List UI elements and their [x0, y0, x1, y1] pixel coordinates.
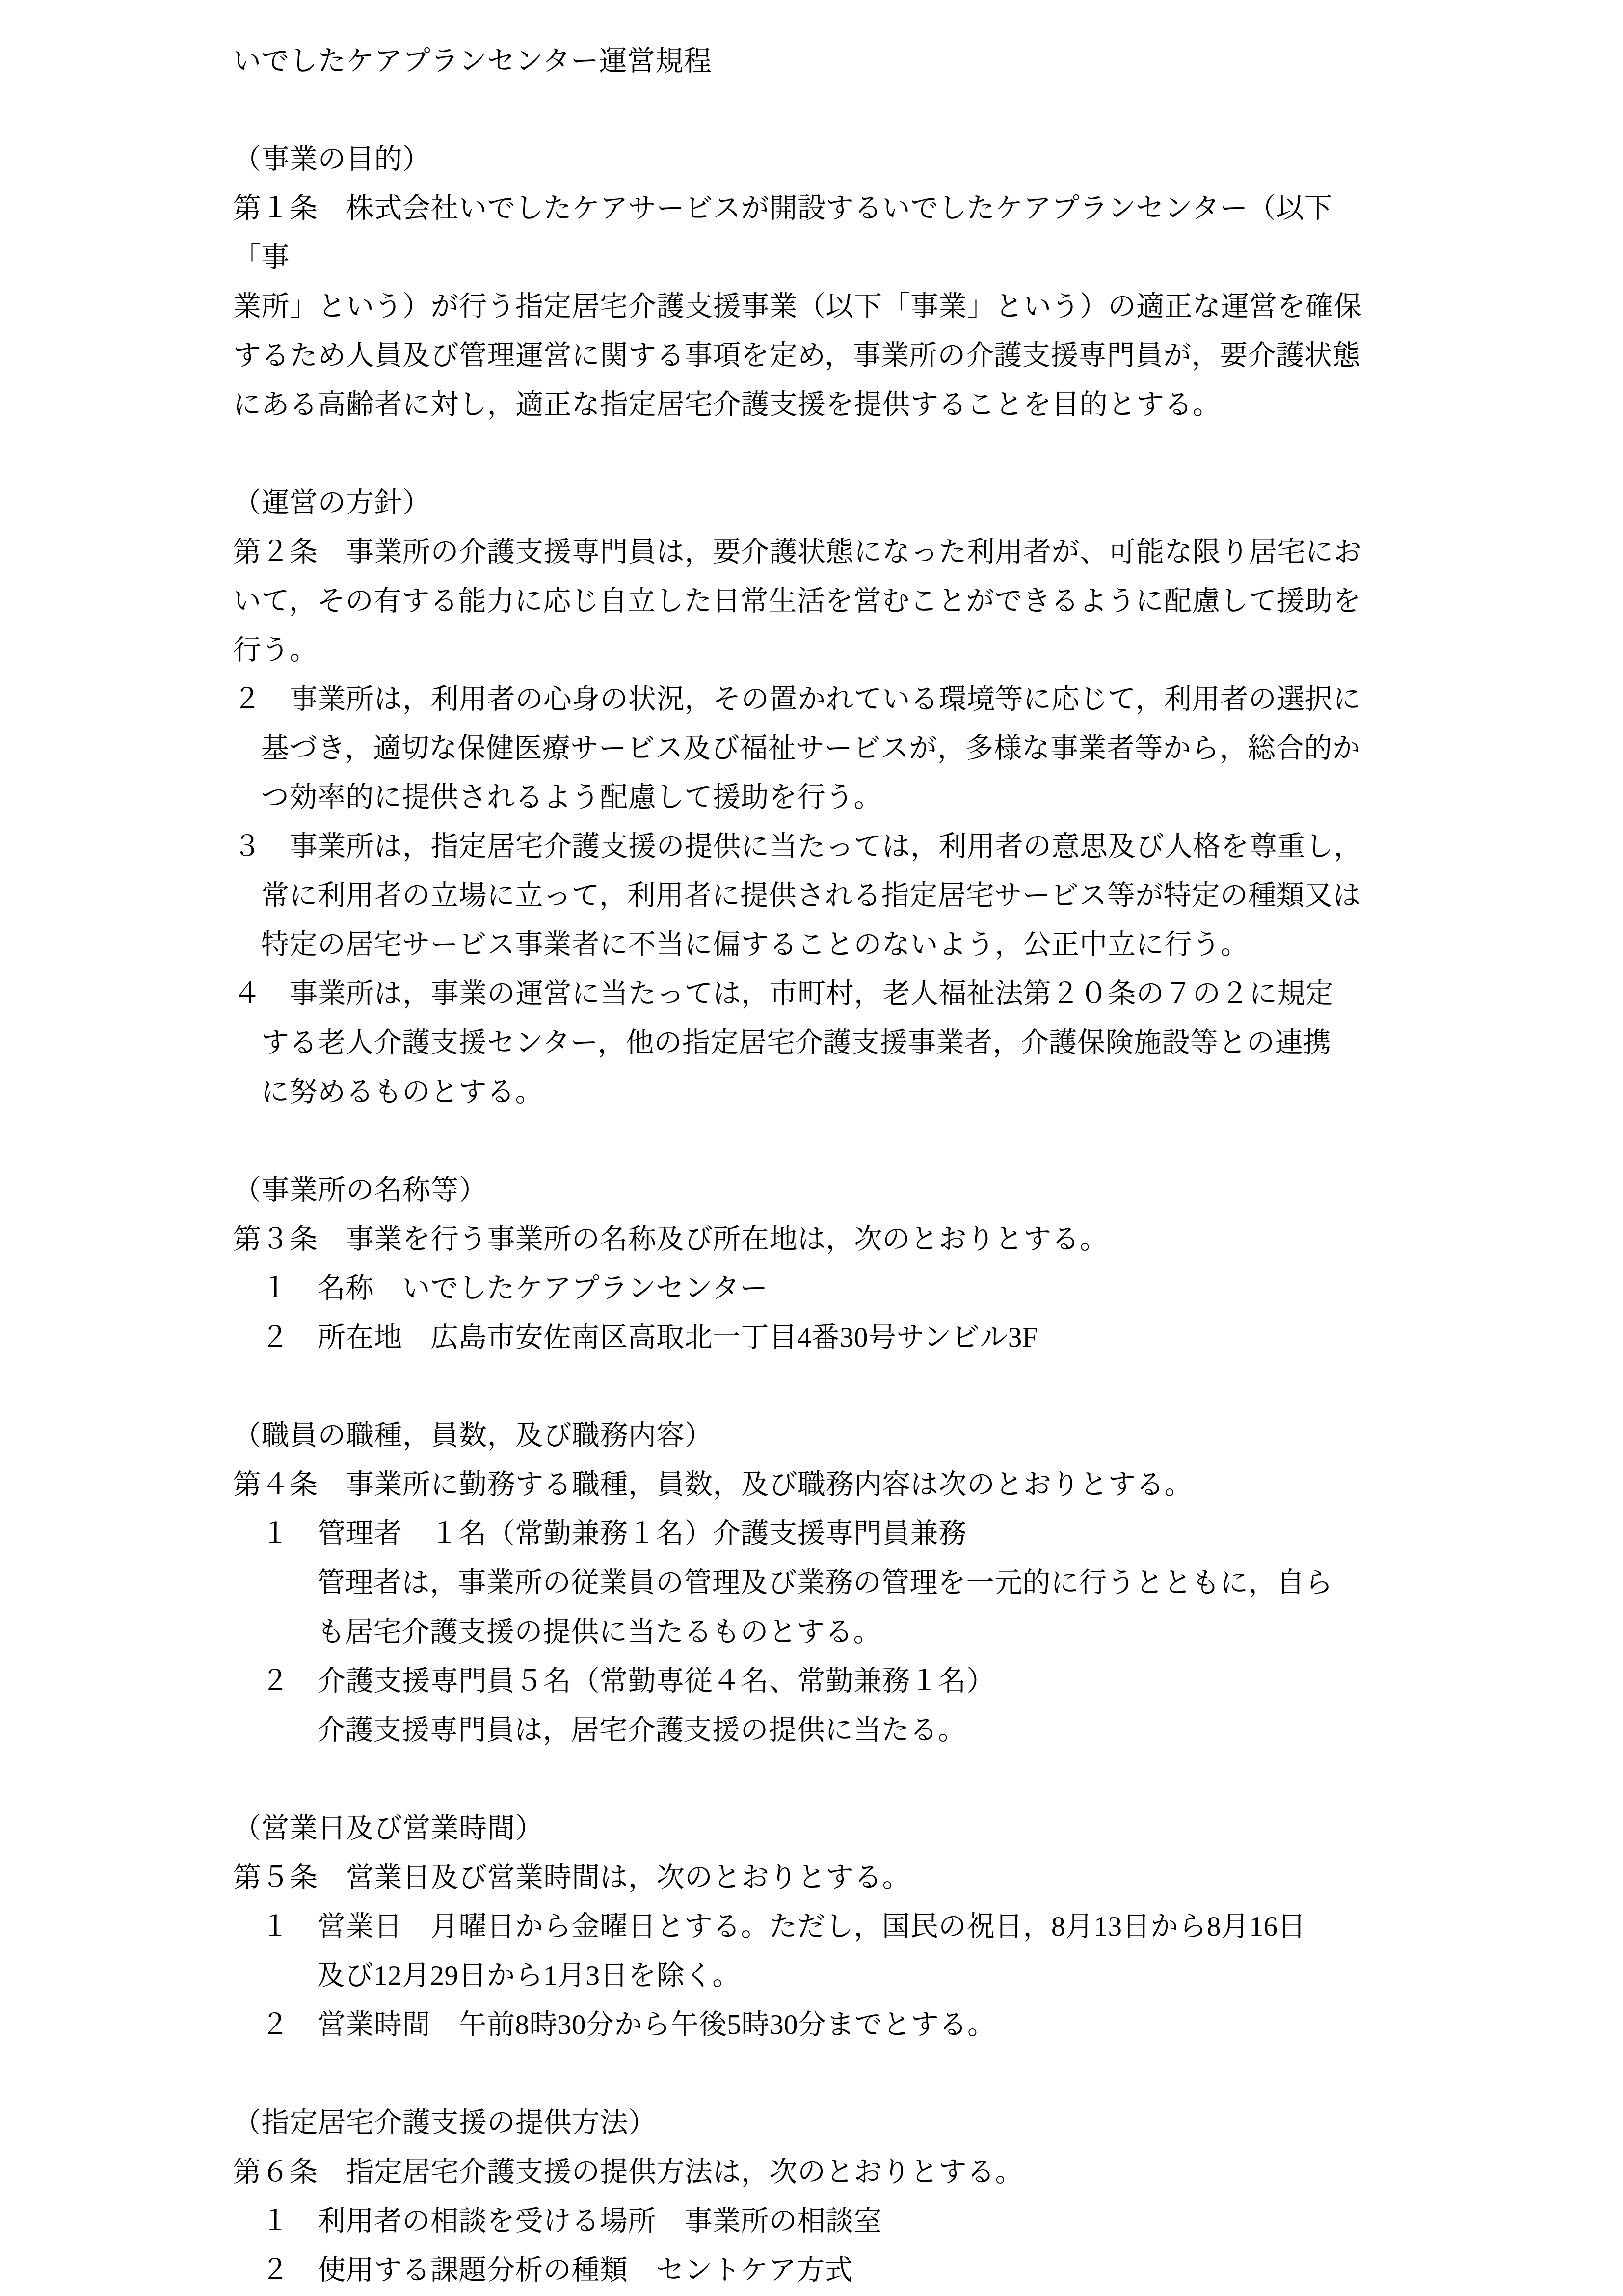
document-page: いでしたケアプランセンター運営規程 （事業の目的）第１条 株式会社いでしたケアサ… [0, 0, 1623, 2296]
text-line: 介護支援専門員は，居宅介護支援の提供に当たる。 [317, 1715, 966, 1746]
sub-item-paragraph: ２ 営業時間 午前8時30分から午後5時30分までとする。 [233, 2000, 1362, 2050]
sub-item-paragraph: １ 名称 いでしたケアプランセンター [233, 1264, 1362, 1313]
article-paragraph: 第５条 営業日及び営業時間は，次のとおりとする。 [233, 1853, 1362, 1902]
article-paragraph: 第３条 事業を行う事業所の名称及び所在地は，次のとおりとする。 [233, 1215, 1362, 1264]
text-line: 及び12月29日から1月3日を除く。 [317, 1960, 741, 1991]
text-line: ２ 事業所は，利用者の心身の状況，その置かれている環境等に応じて，利用者の選択に [233, 684, 1361, 715]
article-paragraph: 第４条 事業所に勤務する職種，員数，及び職務内容は次のとおりとする。 [233, 1460, 1362, 1510]
article-paragraph: 第１条 株式会社いでしたケアサービスが開設するいでしたケアプランセンター（以下「… [233, 184, 1362, 430]
text-line: する老人介護支援センター，他の指定居宅介護支援事業者，介護保険施設等との連携 [261, 1027, 1331, 1058]
document-content: いでしたケアプランセンター運営規程 （事業の目的）第１条 株式会社いでしたケアサ… [233, 37, 1362, 2295]
text-line: 行う。 [233, 635, 318, 666]
text-line: 第６条 指定居宅介護支援の提供方法は，次のとおりとする。 [233, 2157, 1023, 2188]
section-2: （運営の方針）第２条 事業所の介護支援専門員は，要介護状態になった利用者が、可能… [233, 479, 1362, 1117]
text-line: 特定の居宅サービス事業者に不当に偏することのないよう，公正中立に行う。 [261, 929, 1249, 960]
document-title: いでしたケアプランセンター運営規程 [233, 37, 1362, 86]
text-line: ２ 所在地 広島市安佐南区高取北一丁目4番30号サンビル3F [261, 1322, 1038, 1353]
text-line: つ効率的に提供されるよう配慮して援助を行う。 [261, 782, 882, 813]
text-line: ２ 介護支援専門員５名（常勤専従４名、常勤兼務１名） [261, 1666, 995, 1697]
text-line: 第３条 事業を行う事業所の名称及び所在地は，次のとおりとする。 [233, 1224, 1108, 1255]
text-line: １ 管理者 １名（常勤兼務１名）介護支援専門員兼務 [261, 1518, 967, 1549]
text-line: １ 名称 いでしたケアプランセンター [261, 1273, 768, 1304]
text-line: １ 営業日 月曜日から金曜日とする。ただし，国民の祝日，8月13日から8月16日 [261, 1911, 1306, 1942]
text-line: ２ 使用する課題分析の種類 セントケア方式 [261, 2255, 853, 2286]
section-heading: （営業日及び営業時間） [233, 1804, 1362, 1853]
section-1: （事業の目的）第１条 株式会社いでしたケアサービスが開設するいでしたケアプランセ… [233, 135, 1362, 430]
sub-item-paragraph: ２ 所在地 広島市安佐南区高取北一丁目4番30号サンビル3F [233, 1313, 1362, 1362]
item-description-paragraph: 管理者は，事業所の従業員の管理及び業務の管理を一元的に行うとともに，自らも居宅介… [233, 1559, 1362, 1657]
text-line: 第１条 株式会社いでしたケアサービスが開設するいでしたケアプランセンター（以下「… [233, 193, 1332, 273]
item-paragraph: ４ 事業所は，事業の運営に当たっては，市町村，老人福祉法第２０条の７の２に規定す… [233, 970, 1362, 1117]
section-heading: （事業の目的） [233, 135, 1362, 184]
text-line: ２ 営業時間 午前8時30分から午後5時30分までとする。 [261, 2009, 996, 2040]
section-heading: （事業所の名称等） [233, 1166, 1362, 1215]
text-line: ３ 事業所は，指定居宅介護支援の提供に当たっては，利用者の意思及び人格を尊重し， [233, 831, 1362, 862]
item-paragraph: ２ 事業所は，利用者の心身の状況，その置かれている環境等に応じて，利用者の選択に… [233, 675, 1362, 822]
text-line: するため人員及び管理運営に関する事項を定め，事業所の介護支援専門員が，要介護状態 [233, 340, 1361, 371]
text-line: 第５条 営業日及び営業時間は，次のとおりとする。 [233, 1862, 910, 1893]
sub-item-paragraph: ２ 介護支援専門員５名（常勤専従４名、常勤兼務１名） [233, 1657, 1362, 1706]
section-6: （指定居宅介護支援の提供方法）第６条 指定居宅介護支援の提供方法は，次のとおりと… [233, 2099, 1362, 2295]
sub-item-paragraph: １ 営業日 月曜日から金曜日とする。ただし，国民の祝日，8月13日から8月16日… [233, 1902, 1362, 2000]
sub-item-paragraph: １ 利用者の相談を受ける場所 事業所の相談室 [233, 2197, 1362, 2246]
text-line: いて，その有する能力に応じ自立した日常生活を営むことができるように配慮して援助を [233, 586, 1361, 617]
text-line: に努めるものとする。 [261, 1077, 543, 1107]
text-line: も居宅介護支援の提供に当たるものとする。 [317, 1617, 881, 1648]
sub-item-paragraph: １ 管理者 １名（常勤兼務１名）介護支援専門員兼務 [233, 1510, 1362, 1559]
text-line: 第４条 事業所に勤務する職種，員数，及び職務内容は次のとおりとする。 [233, 1469, 1193, 1500]
section-5: （営業日及び営業時間）第５条 営業日及び営業時間は，次のとおりとする。１ 営業日… [233, 1804, 1362, 2050]
text-line: 第２条 事業所の介護支援専門員は，要介護状態になった利用者が、可能な限り居宅にお [233, 537, 1362, 567]
text-line: １ 利用者の相談を受ける場所 事業所の相談室 [261, 2206, 882, 2237]
document-body: （事業の目的）第１条 株式会社いでしたケアサービスが開設するいでしたケアプランセ… [233, 135, 1362, 2295]
section-heading: （職員の職種，員数，及び職務内容） [233, 1411, 1362, 1460]
article-paragraph: 第２条 事業所の介護支援専門員は，要介護状態になった利用者が、可能な限り居宅にお… [233, 528, 1362, 675]
sub-item-paragraph: ２ 使用する課題分析の種類 セントケア方式 [233, 2246, 1362, 2295]
section-4: （職員の職種，員数，及び職務内容）第４条 事業所に勤務する職種，員数，及び職務内… [233, 1411, 1362, 1755]
article-paragraph: 第６条 指定居宅介護支援の提供方法は，次のとおりとする。 [233, 2148, 1362, 2197]
item-description-paragraph: 介護支援専門員は，居宅介護支援の提供に当たる。 [233, 1706, 1362, 1755]
text-line: ４ 事業所は，事業の運営に当たっては，市町村，老人福祉法第２０条の７の２に規定 [233, 978, 1334, 1009]
text-line: にある高齢者に対し，適正な指定居宅介護支援を提供することを目的とする。 [233, 389, 1221, 420]
text-line: 管理者は，事業所の従業員の管理及び業務の管理を一元的に行うとともに，自ら [317, 1567, 1333, 1598]
section-3: （事業所の名称等）第３条 事業を行う事業所の名称及び所在地は，次のとおりとする。… [233, 1166, 1362, 1362]
section-heading: （運営の方針） [233, 479, 1362, 528]
item-paragraph: ３ 事業所は，指定居宅介護支援の提供に当たっては，利用者の意思及び人格を尊重し，… [233, 822, 1362, 970]
text-line: 基づき，適切な保健医療サービス及び福祉サービスが，多様な事業者等から，総合的か [261, 733, 1360, 764]
section-heading: （指定居宅介護支援の提供方法） [233, 2099, 1362, 2148]
text-line: 業所」という）が行う指定居宅介護支援事業（以下「事業」という）の適正な運営を確保 [233, 291, 1362, 322]
text-line: 常に利用者の立場に立って，利用者に提供される指定居宅サービス等が特定の種類又は [261, 880, 1361, 911]
